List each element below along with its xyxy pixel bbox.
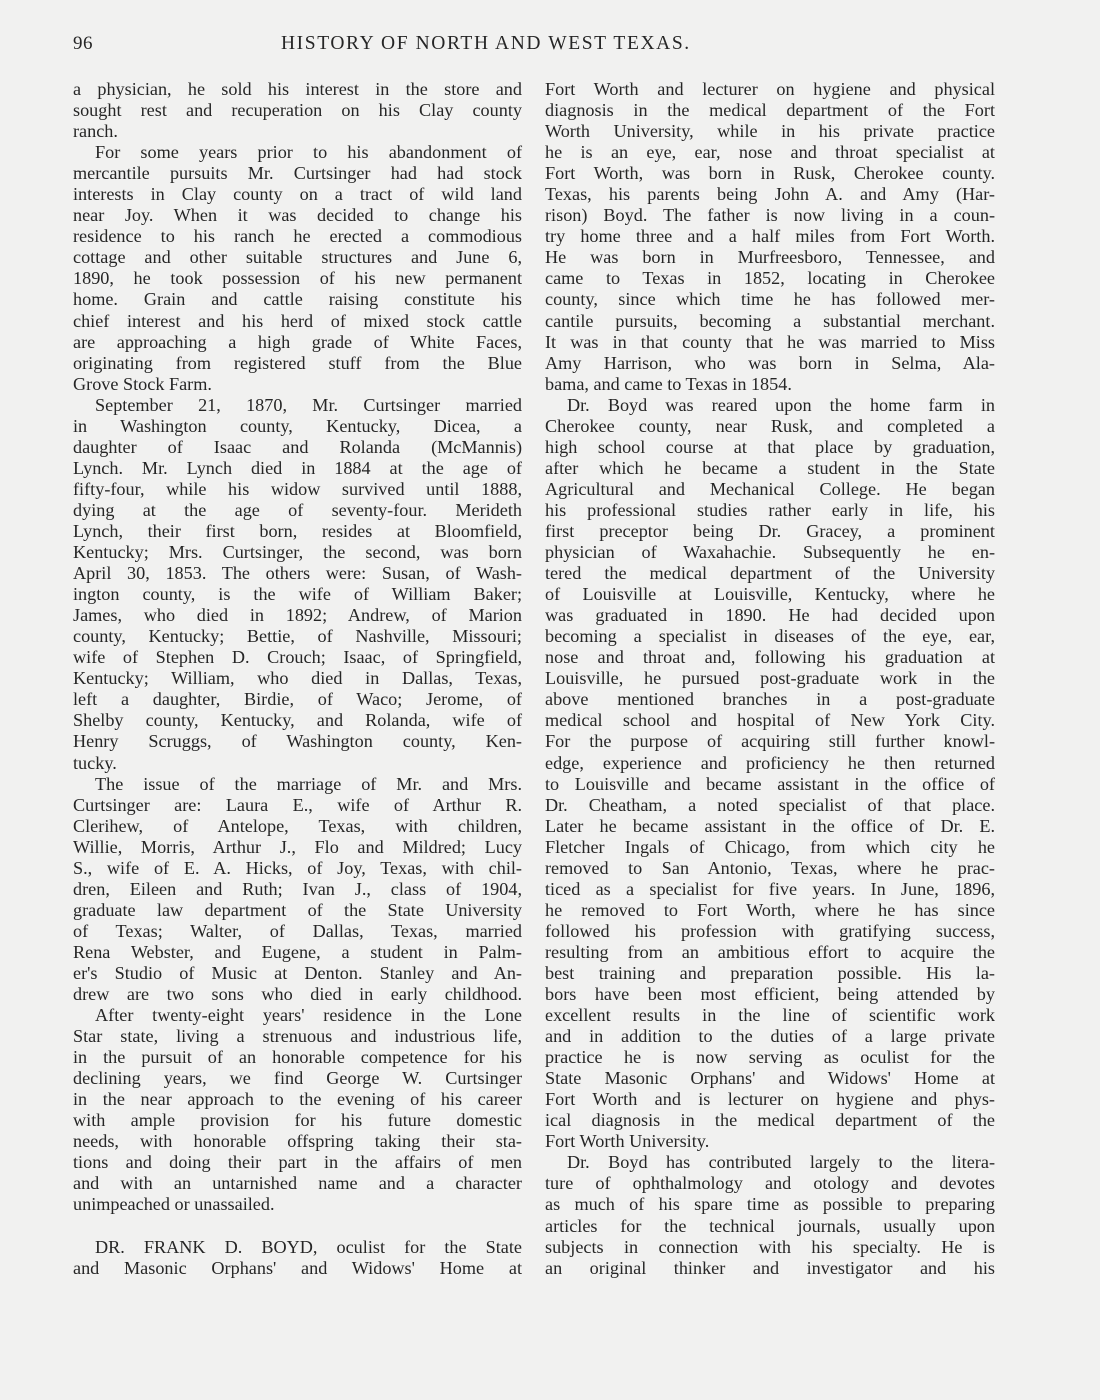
text-line: drew are two sons who died in early chil…: [73, 984, 522, 1005]
text-line: Grove Stock Farm.: [73, 374, 522, 395]
right-column: Fort Worth and lecturer on hygiene and p…: [545, 79, 995, 1279]
text-line: After twenty-eight years' residence in t…: [73, 1005, 522, 1026]
text-line: Lynch. Mr. Lynch died in 1884 at the age…: [73, 458, 522, 479]
text-line: dying at the age of seventy-four. Meride…: [73, 500, 522, 521]
text-line: diagnosis in the medical department of t…: [545, 100, 995, 121]
text-line: wife of Stephen D. Crouch; Isaac, of Spr…: [73, 647, 522, 668]
text-line: April 30, 1853. The others were: Susan, …: [73, 563, 522, 584]
text-line: Henry Scruggs, of Washington county, Ken…: [73, 731, 522, 752]
text-line: after which he became a student in the S…: [545, 458, 995, 479]
text-line: try home three and a half miles from For…: [545, 226, 995, 247]
text-line: Cherokee county, near Rusk, and complete…: [545, 416, 995, 437]
text-line: as much of his spare time as possible to…: [545, 1194, 995, 1215]
text-line: Fort Worth and lecturer on hygiene and p…: [545, 79, 995, 100]
text-line: cottage and other suitable structures an…: [73, 247, 522, 268]
left-column: a physician, he sold his interest in the…: [73, 79, 522, 1279]
text-line: medical school and hospital of New York …: [545, 710, 995, 731]
page-number: 96: [73, 33, 93, 55]
text-line: Willie, Morris, Arthur J., Flo and Mildr…: [73, 837, 522, 858]
text-line: State Masonic Orphans' and Widows' Home …: [545, 1068, 995, 1089]
text-line: Later he became assistant in the office …: [545, 816, 995, 837]
text-line: county, Kentucky; Bettie, of Nashville, …: [73, 626, 522, 647]
text-line: with ample provision for his future dome…: [73, 1110, 522, 1131]
text-line: Rena Webster, and Eugene, a student in P…: [73, 942, 522, 963]
text-line: came to Texas in 1852, locating in Chero…: [545, 268, 995, 289]
text-line: Texas, his parents being John A. and Amy…: [545, 184, 995, 205]
text-line: articles for the technical journals, usu…: [545, 1216, 995, 1237]
text-line: removed to San Antonio, Texas, where he …: [545, 858, 995, 879]
text-line: For the purpose of acquiring still furth…: [545, 731, 995, 752]
text-line: and Masonic Orphans' and Widows' Home at: [73, 1258, 522, 1279]
text-line: he is an eye, ear, nose and throat speci…: [545, 142, 995, 163]
text-line: Fort Worth and is lecturer on hygiene an…: [545, 1089, 995, 1110]
page-header: 96 HISTORY OF NORTH AND WEST TEXAS.: [73, 30, 995, 60]
text-line: a physician, he sold his interest in the…: [73, 79, 522, 100]
text-line: first preceptor being Dr. Gracey, a prom…: [545, 521, 995, 542]
text-line: chief interest and his herd of mixed sto…: [73, 311, 522, 332]
text-line: Fort Worth, was born in Rusk, Cherokee c…: [545, 163, 995, 184]
text-line: interests in Clay county on a tract of w…: [73, 184, 522, 205]
text-line: 1890, he took possession of his new perm…: [73, 268, 522, 289]
text-line: above mentioned branches in a post-gradu…: [545, 689, 995, 710]
text-line: Curtsinger are: Laura E., wife of Arthur…: [73, 795, 522, 816]
text-line: Dr. Boyd has contributed largely to the …: [545, 1152, 995, 1173]
text-line: his professional studies rather early in…: [545, 500, 995, 521]
text-line: Worth University, while in his private p…: [545, 121, 995, 142]
text-line: For some years prior to his abandonment …: [73, 142, 522, 163]
text-line: Lynch, their first born, resides at Bloo…: [73, 521, 522, 542]
text-line: of Texas; Walter, of Dallas, Texas, marr…: [73, 921, 522, 942]
text-line: Dr. Boyd was reared upon the home farm i…: [545, 395, 995, 416]
text-line: ture of ophthalmology and otology and de…: [545, 1173, 995, 1194]
text-line: sought rest and recuperation on his Clay…: [73, 100, 522, 121]
text-line: Shelby county, Kentucky, and Rolanda, wi…: [73, 710, 522, 731]
text-line: er's Studio of Music at Denton. Stanley …: [73, 963, 522, 984]
text-line: in Washington county, Kentucky, Dicea, a: [73, 416, 522, 437]
text-line: dren, Eileen and Ruth; Ivan J., class of…: [73, 879, 522, 900]
text-line: Clerihew, of Antelope, Texas, with child…: [73, 816, 522, 837]
text-line: left a daughter, Birdie, of Waco; Jerome…: [73, 689, 522, 710]
text-line: tered the medical department of the Univ…: [545, 563, 995, 584]
text-line: practice he is now serving as oculist fo…: [545, 1047, 995, 1068]
text-line: nose and throat and, following his gradu…: [545, 647, 995, 668]
text-line: tucky.: [73, 753, 522, 774]
text-line: cantile pursuits, becoming a substantial…: [545, 311, 995, 332]
text-line: bama, and came to Texas in 1854.: [545, 374, 995, 395]
text-line: followed his profession with gratifying …: [545, 921, 995, 942]
text-line: bors have been most efficient, being att…: [545, 984, 995, 1005]
text-line: county, since which time he has followed…: [545, 289, 995, 310]
text-line: daughter of Isaac and Rolanda (McMannis): [73, 437, 522, 458]
text-line: ticed as a specialist for five years. In…: [545, 879, 995, 900]
running-title: HISTORY OF NORTH AND WEST TEXAS.: [281, 33, 691, 55]
text-line: near Joy. When it was decided to change …: [73, 205, 522, 226]
text-line: declining years, we find George W. Curts…: [73, 1068, 522, 1089]
text-line: graduate law department of the State Uni…: [73, 900, 522, 921]
text-line: Agricultural and Mechanical College. He …: [545, 479, 995, 500]
paragraph-gap: [73, 1216, 522, 1237]
text-line: physician of Waxahachie. Subsequently he…: [545, 542, 995, 563]
text-line: rison) Boyd. The father is now living in…: [545, 205, 995, 226]
text-line: ical diagnosis in the medical department…: [545, 1110, 995, 1131]
text-line: The issue of the marriage of Mr. and Mrs…: [73, 774, 522, 795]
text-line: becoming a specialist in diseases of the…: [545, 626, 995, 647]
text-line: James, who died in 1892; Andrew, of Mari…: [73, 605, 522, 626]
text-line: fifty-four, while his widow survived unt…: [73, 479, 522, 500]
text-line: he removed to Fort Worth, where he has s…: [545, 900, 995, 921]
text-line: September 21, 1870, Mr. Curtsinger marri…: [73, 395, 522, 416]
text-line: in the near approach to the evening of h…: [73, 1089, 522, 1110]
text-line: originating from registered stuff from t…: [73, 353, 522, 374]
text-line: to Louisville and became assistant in th…: [545, 774, 995, 795]
text-line: of Louisville at Louisville, Kentucky, w…: [545, 584, 995, 605]
text-line: are approaching a high grade of White Fa…: [73, 332, 522, 353]
text-line: Kentucky; William, who died in Dallas, T…: [73, 668, 522, 689]
text-line: It was in that county that he was marrie…: [545, 332, 995, 353]
text-line: Dr. Cheatham, a noted specialist of that…: [545, 795, 995, 816]
text-line: Kentucky; Mrs. Curtsinger, the second, w…: [73, 542, 522, 563]
text-line: an original thinker and investigator and…: [545, 1258, 995, 1279]
text-line: resulting from an ambitious effort to ac…: [545, 942, 995, 963]
text-line: and in addition to the duties of a large…: [545, 1026, 995, 1047]
text-line: DR. FRANK D. BOYD, oculist for the State: [73, 1237, 522, 1258]
text-line: S., wife of E. A. Hicks, of Joy, Texas, …: [73, 858, 522, 879]
text-line: He was born in Murfreesboro, Tennessee, …: [545, 247, 995, 268]
text-line: in the pursuit of an honorable competenc…: [73, 1047, 522, 1068]
text-line: best training and preparation possible. …: [545, 963, 995, 984]
text-line: Fort Worth University.: [545, 1131, 995, 1152]
text-line: unimpeached or unassailed.: [73, 1194, 522, 1215]
text-line: ington county, is the wife of William Ba…: [73, 584, 522, 605]
text-line: edge, experience and proficiency he then…: [545, 753, 995, 774]
text-line: mercantile pursuits Mr. Curtsinger had h…: [73, 163, 522, 184]
text-line: was graduated in 1890. He had decided up…: [545, 605, 995, 626]
text-line: residence to his ranch he erected a comm…: [73, 226, 522, 247]
text-line: home. Grain and cattle raising constitut…: [73, 289, 522, 310]
text-line: ranch.: [73, 121, 522, 142]
text-line: needs, with honorable offspring taking t…: [73, 1131, 522, 1152]
text-line: Star state, living a strenuous and indus…: [73, 1026, 522, 1047]
text-line: subjects in connection with his specialt…: [545, 1237, 995, 1258]
text-line: Fletcher Ingals of Chicago, from which c…: [545, 837, 995, 858]
text-line: high school course at that place by grad…: [545, 437, 995, 458]
text-line: excellent results in the line of scienti…: [545, 1005, 995, 1026]
text-line: and with an untarnished name and a chara…: [73, 1173, 522, 1194]
text-line: tions and doing their part in the affair…: [73, 1152, 522, 1173]
text-line: Amy Harrison, who was born in Selma, Ala…: [545, 353, 995, 374]
text-line: Louisville, he pursued post-graduate wor…: [545, 668, 995, 689]
